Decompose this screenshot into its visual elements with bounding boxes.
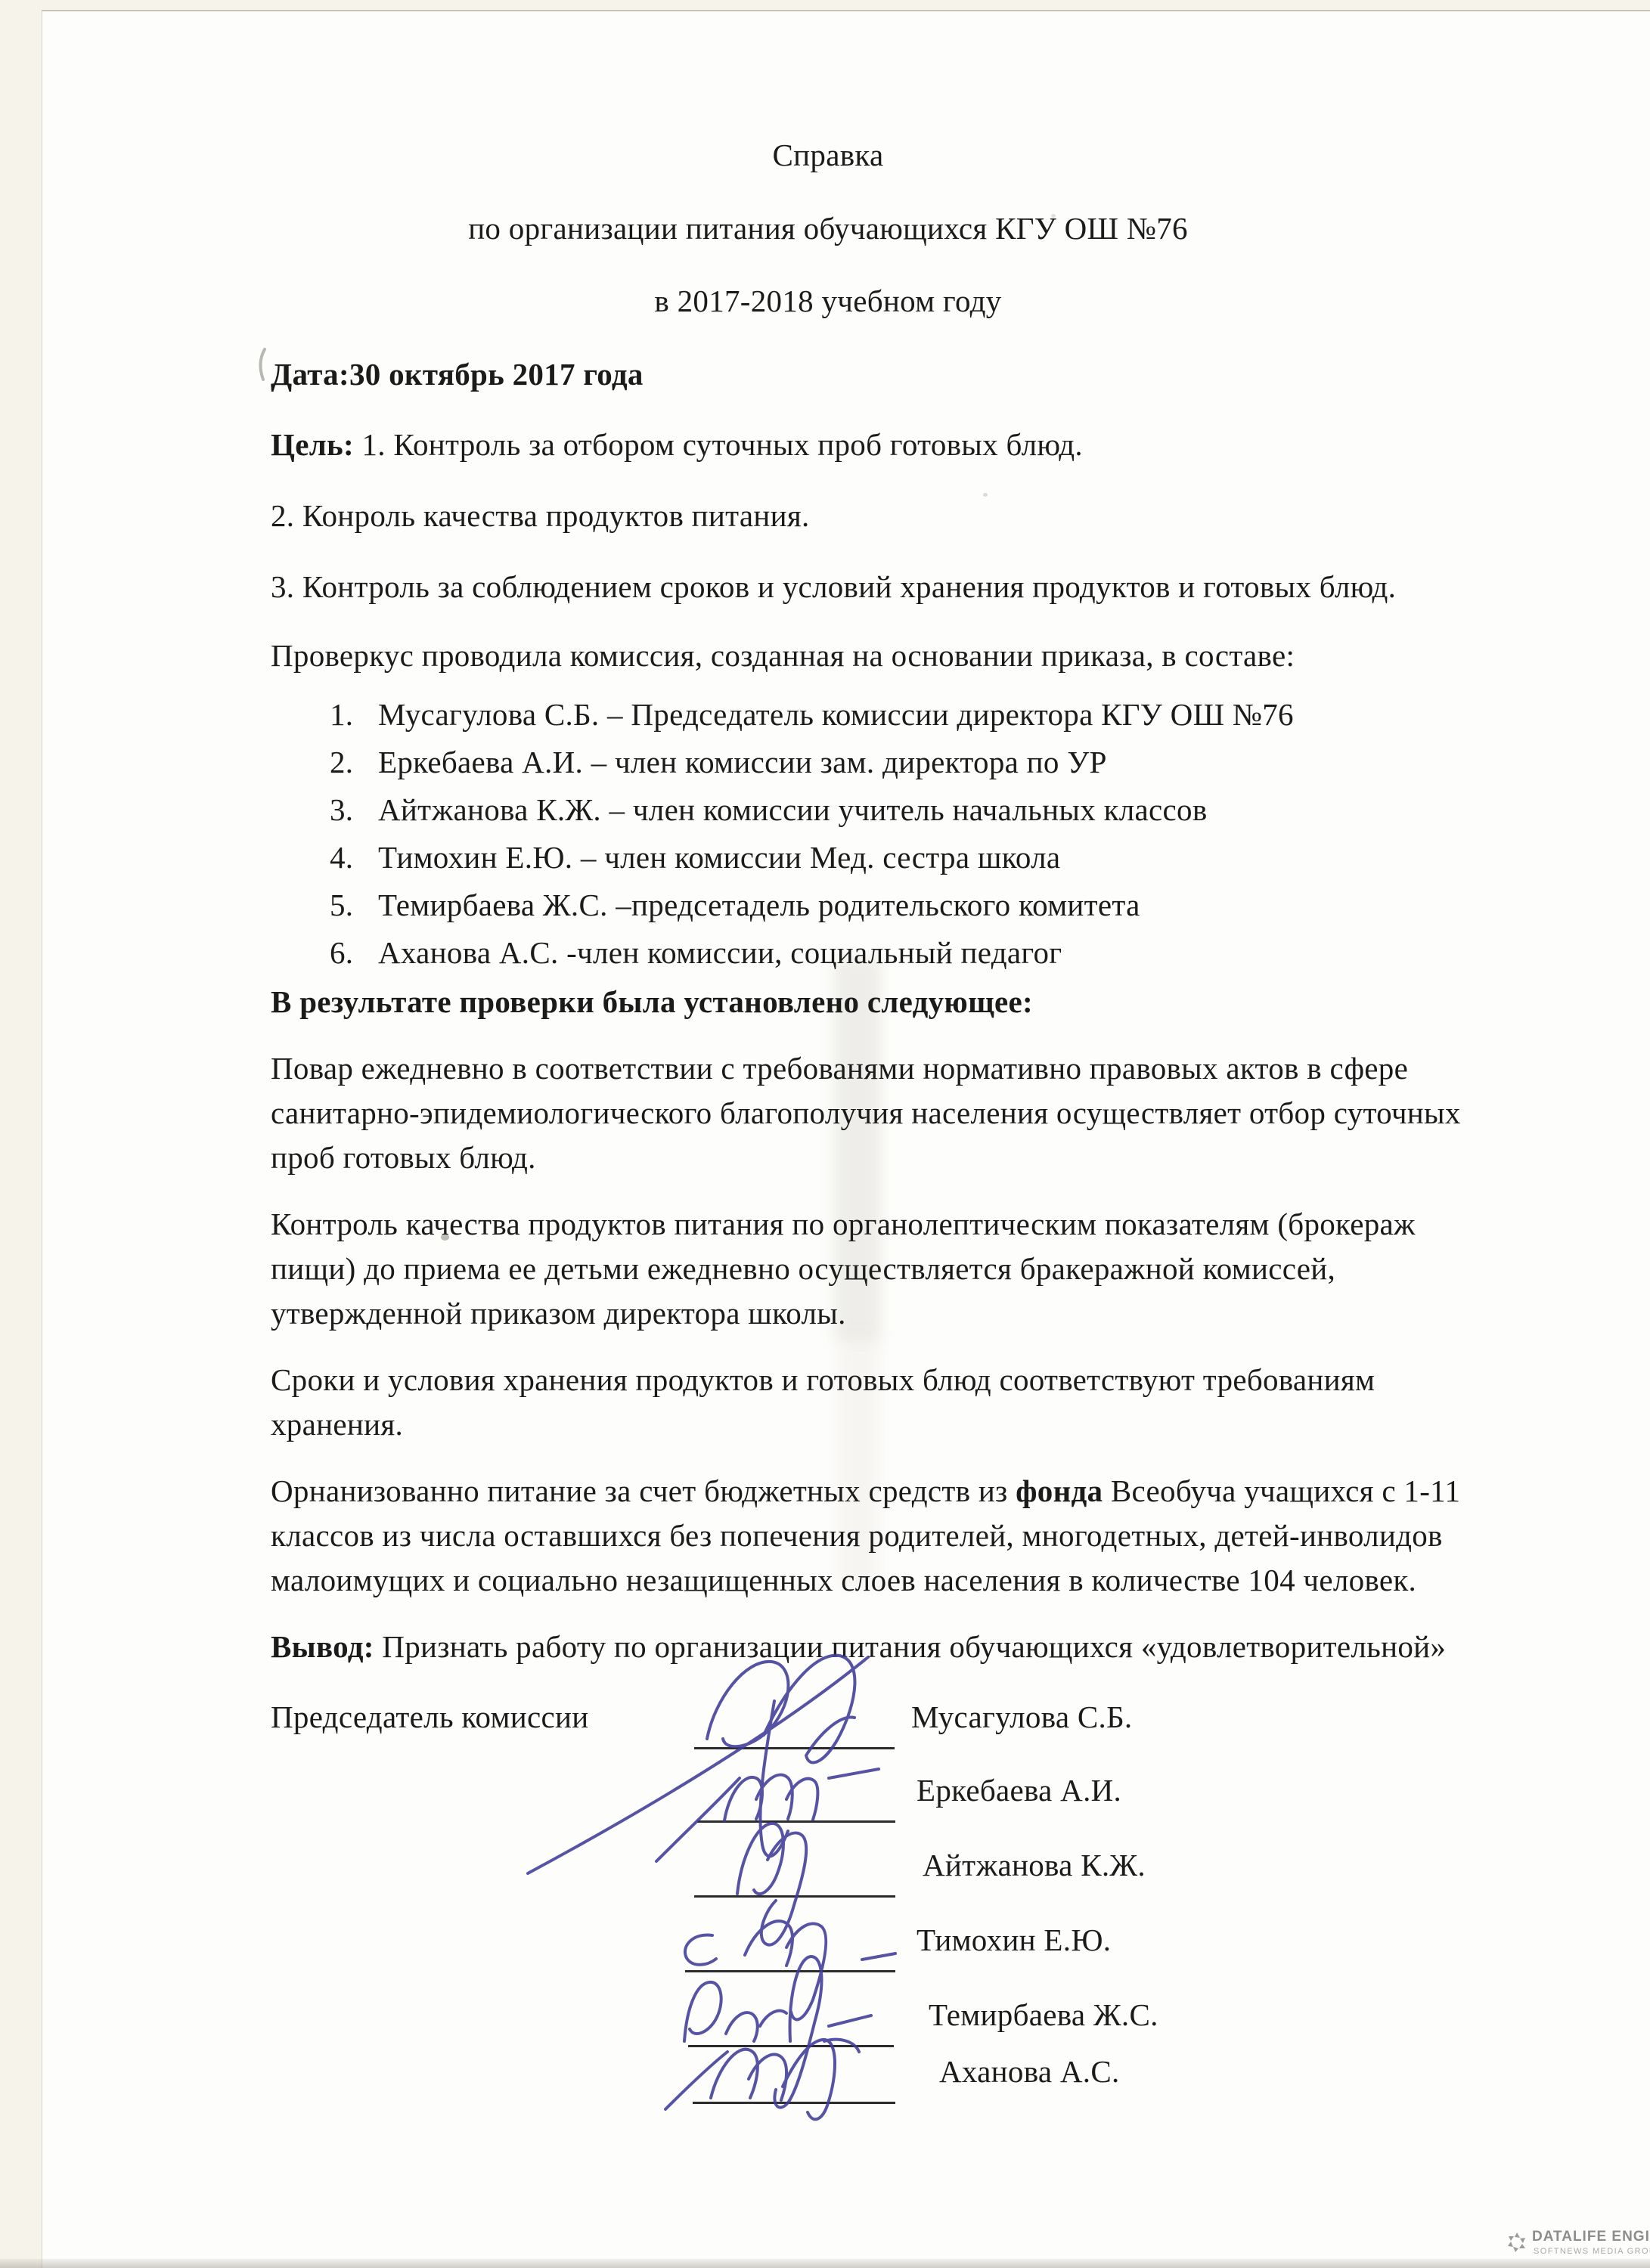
goal-line-2: 2. Конроль качества продуктов питания. xyxy=(271,497,810,534)
doc-subtitle: по организации питания обучающихся КГУ О… xyxy=(468,210,1188,247)
signatory-name: Айтжанова К.Ж. xyxy=(923,1847,1146,1884)
scanned-document-page: Справка по организации питания обучающих… xyxy=(0,0,1650,2268)
signatory-name: Тимохин Е.Ю. xyxy=(916,1922,1111,1959)
signatory-name: Мусагулова С.Б. xyxy=(911,1699,1132,1736)
p4-text-a: Орнанизованно питание за счет бюджетных … xyxy=(271,1473,1016,1508)
signature-line xyxy=(685,1970,895,1972)
doc-school-year: в 2017-2018 учебном году xyxy=(654,283,1001,320)
signatory-name: Аханова А.С. xyxy=(939,2053,1120,2090)
paragraph-4-line: Орнанизованно питание за счет бюджетных … xyxy=(271,1473,1460,1510)
commission-item: 5.Темирбаева Ж.С. –предсетадель родитель… xyxy=(330,887,1140,924)
commission-intro: Проверкус проводила комиссия, созданная … xyxy=(271,637,1295,674)
paragraph-2-line: утвержденной приказом директора школы. xyxy=(271,1295,846,1332)
list-number: 3. xyxy=(330,792,378,829)
signature-line xyxy=(697,1820,895,1823)
commission-item: 4.Тимохин Е.Ю. – член комиссии Мед. сест… xyxy=(330,839,1060,876)
commission-item: 3.Айтжанова К.Ж. – член комиссии учитель… xyxy=(330,792,1208,829)
signatory-name: Темирбаева Ж.С. xyxy=(929,1997,1158,2034)
commission-item: 1.Мусагулова С.Б. – Председатель комисси… xyxy=(330,696,1294,733)
conclusion-label: Вывод: xyxy=(271,1629,374,1664)
list-number: 4. xyxy=(330,839,378,876)
watermark-title: DATALIFE ENGINE xyxy=(1532,2229,1650,2245)
date-line: Дата:30 октябрь 2017 года xyxy=(271,356,644,393)
goal-label: Цель: xyxy=(271,427,354,462)
commission-member: Тимохин Е.Ю. – член комиссии Мед. сестра… xyxy=(378,840,1060,875)
commission-member: Мусагулова С.Б. – Председатель комиссии … xyxy=(378,697,1294,732)
signature-line xyxy=(693,2102,895,2104)
watermark-subtitle: SOFTNEWS MEDIA GROUP xyxy=(1534,2247,1650,2256)
commission-member: Айтжанова К.Ж. – член комиссии учитель н… xyxy=(378,792,1208,827)
commission-item: 2.Еркебаева А.И. – член комиссии зам. ди… xyxy=(330,744,1107,781)
goal-line-1: Цель: 1. Контроль за отбором суточных пр… xyxy=(271,426,1083,463)
conclusion-text: Признать работу по организации питания о… xyxy=(374,1629,1446,1664)
commission-member: Еркебаева А.И. – член комиссии зам. дире… xyxy=(378,745,1107,779)
doc-title: Справка xyxy=(773,137,884,174)
goal-1-text: 1. Контроль за отбором суточных проб гот… xyxy=(354,427,1083,462)
signature-line xyxy=(688,2045,894,2047)
signatory-name: Еркебаева А.И. xyxy=(916,1772,1121,1809)
p4-text-b: Всеобуча учащихся с 1-11 xyxy=(1103,1473,1460,1508)
conclusion-line: Вывод: Признать работу по организации пи… xyxy=(271,1628,1446,1665)
paragraph-1-line: проб готовых блюд. xyxy=(271,1139,536,1176)
paragraph-3-line: Сроки и условия хранения продуктов и гот… xyxy=(271,1362,1375,1399)
paragraph-1-line: санитарно-эпидемиологического благополуч… xyxy=(271,1095,1461,1132)
paragraph-4-line: малоимущих и социально незащищенных слое… xyxy=(271,1562,1416,1599)
list-number: 1. xyxy=(330,696,378,733)
list-number: 6. xyxy=(330,934,378,971)
commission-item: 6.Аханова А.С. -член комиссии, социальны… xyxy=(330,934,1062,971)
signature-line xyxy=(694,1747,895,1749)
p4-bold-word: фонда xyxy=(1016,1473,1103,1508)
paragraph-2-line: пищи) до приема ее детьми ежедневно осущ… xyxy=(271,1250,1335,1287)
result-heading: В результате проверки была установлено с… xyxy=(271,984,1033,1021)
paragraph-1-line: Повар ежедневно в соответствии с требова… xyxy=(271,1050,1408,1087)
ink-speck xyxy=(983,493,988,497)
paragraph-4-line: классов из числа оставшихся без попечени… xyxy=(271,1517,1443,1554)
chairman-label: Председатель комиссии xyxy=(271,1699,589,1736)
scanner-edge-shadow xyxy=(0,2259,1650,2268)
paragraph-2-line: Контроль качества продуктов питания по о… xyxy=(271,1206,1416,1243)
paragraph-3-line: хранения. xyxy=(271,1406,403,1443)
signature-line xyxy=(694,1895,895,1898)
commission-member: Темирбаева Ж.С. –предсетадель родительск… xyxy=(378,888,1140,922)
commission-member: Аханова А.С. -член комиссии, социальный … xyxy=(378,935,1062,970)
list-number: 5. xyxy=(330,887,378,924)
goal-line-3: 3. Контроль за соблюдением сроков и усло… xyxy=(271,569,1396,606)
list-number: 2. xyxy=(330,744,378,781)
